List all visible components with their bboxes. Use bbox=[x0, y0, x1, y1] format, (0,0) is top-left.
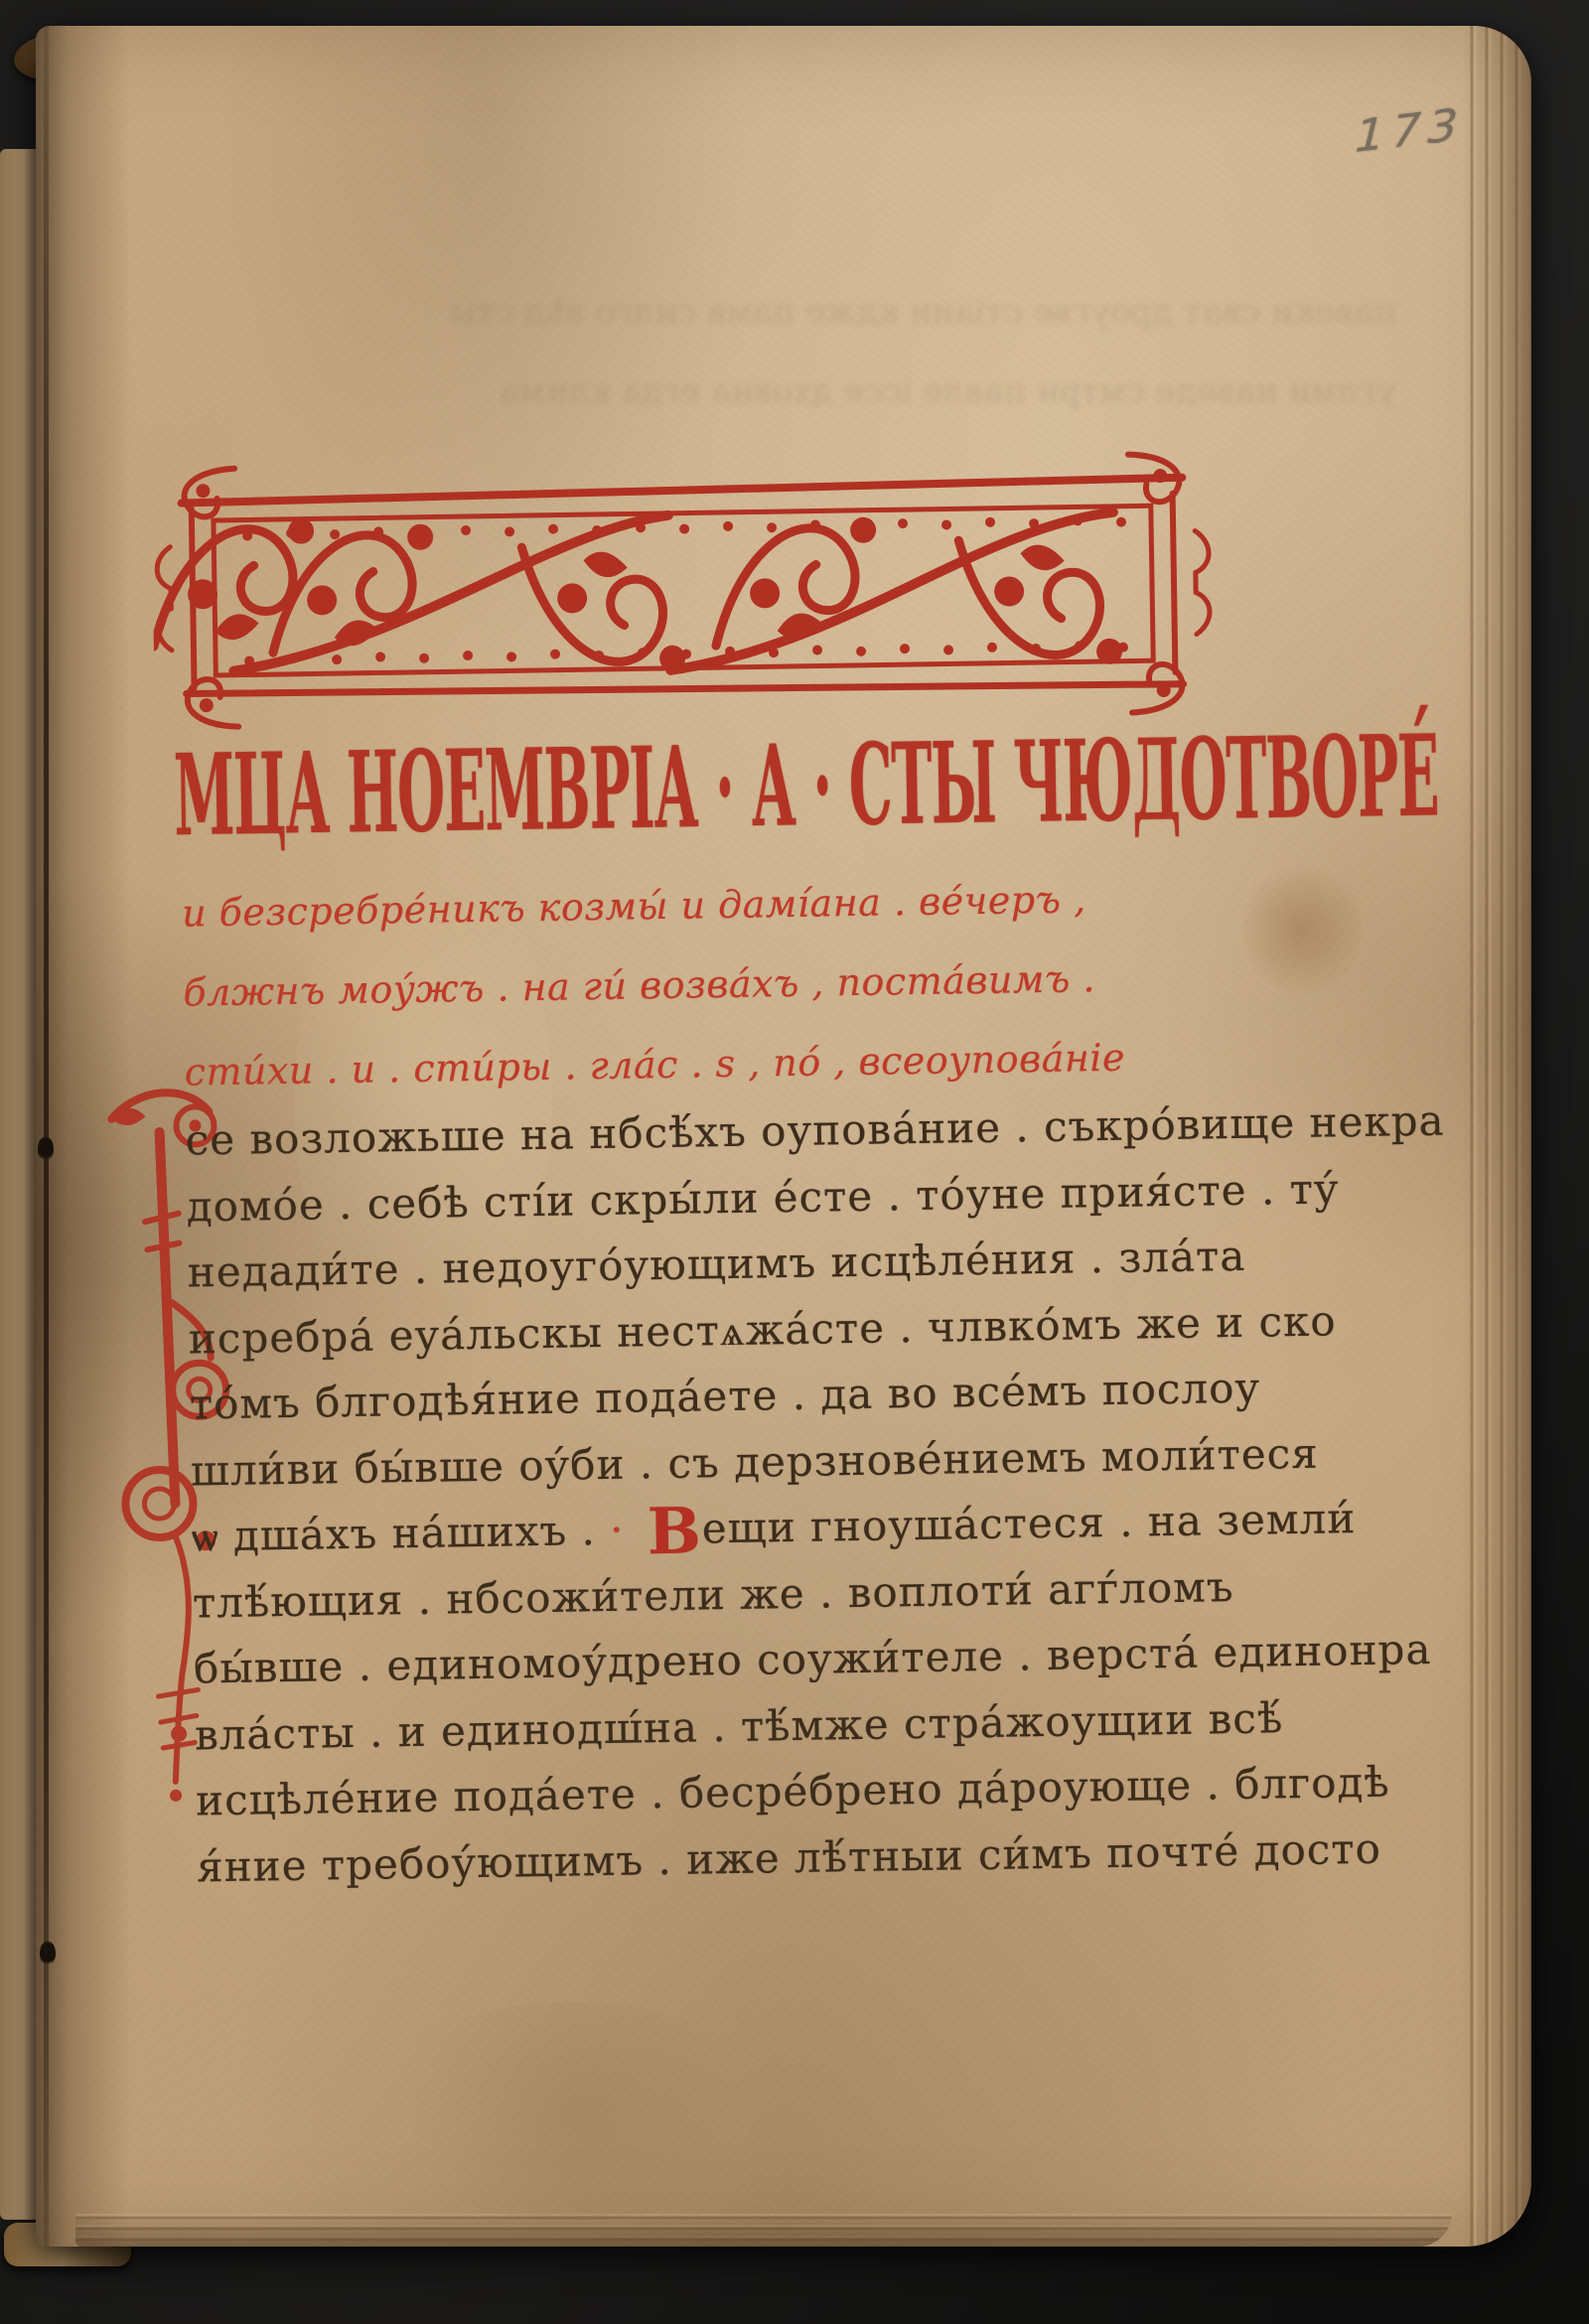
body-text: се возложьше на нбсѣ́хъ оупова́ние . сък… bbox=[185, 1095, 1488, 1908]
red-initial-letter: В bbox=[624, 1494, 703, 1569]
text-segment: ѡ дша́хъ на́шихъ . bbox=[192, 1506, 597, 1560]
headpiece-ornament bbox=[151, 431, 1217, 748]
manuscript-page: павеки сват дроугве стіани кдже памв снл… bbox=[36, 26, 1531, 2247]
photograph-backdrop: павеки сват дроугве стіани кдже памв снл… bbox=[0, 0, 1589, 2324]
text-segment: · bbox=[595, 1506, 624, 1554]
text-segment: ещи гноуша́стеся . на земли́ bbox=[701, 1494, 1356, 1552]
rubric-text: и безсребре́никъ козмы́ и дамі́ана . ве́… bbox=[182, 872, 1437, 1130]
title-vyaz: МЦА НОЕМВРІА · А · СТЫ ЧЮДОТВОРЕ́ bbox=[173, 709, 1426, 861]
text-block: МЦА НОЕМВРІА · А · СТЫ ЧЮДОТВОРЕ́ и безс… bbox=[17, 14, 1547, 2257]
